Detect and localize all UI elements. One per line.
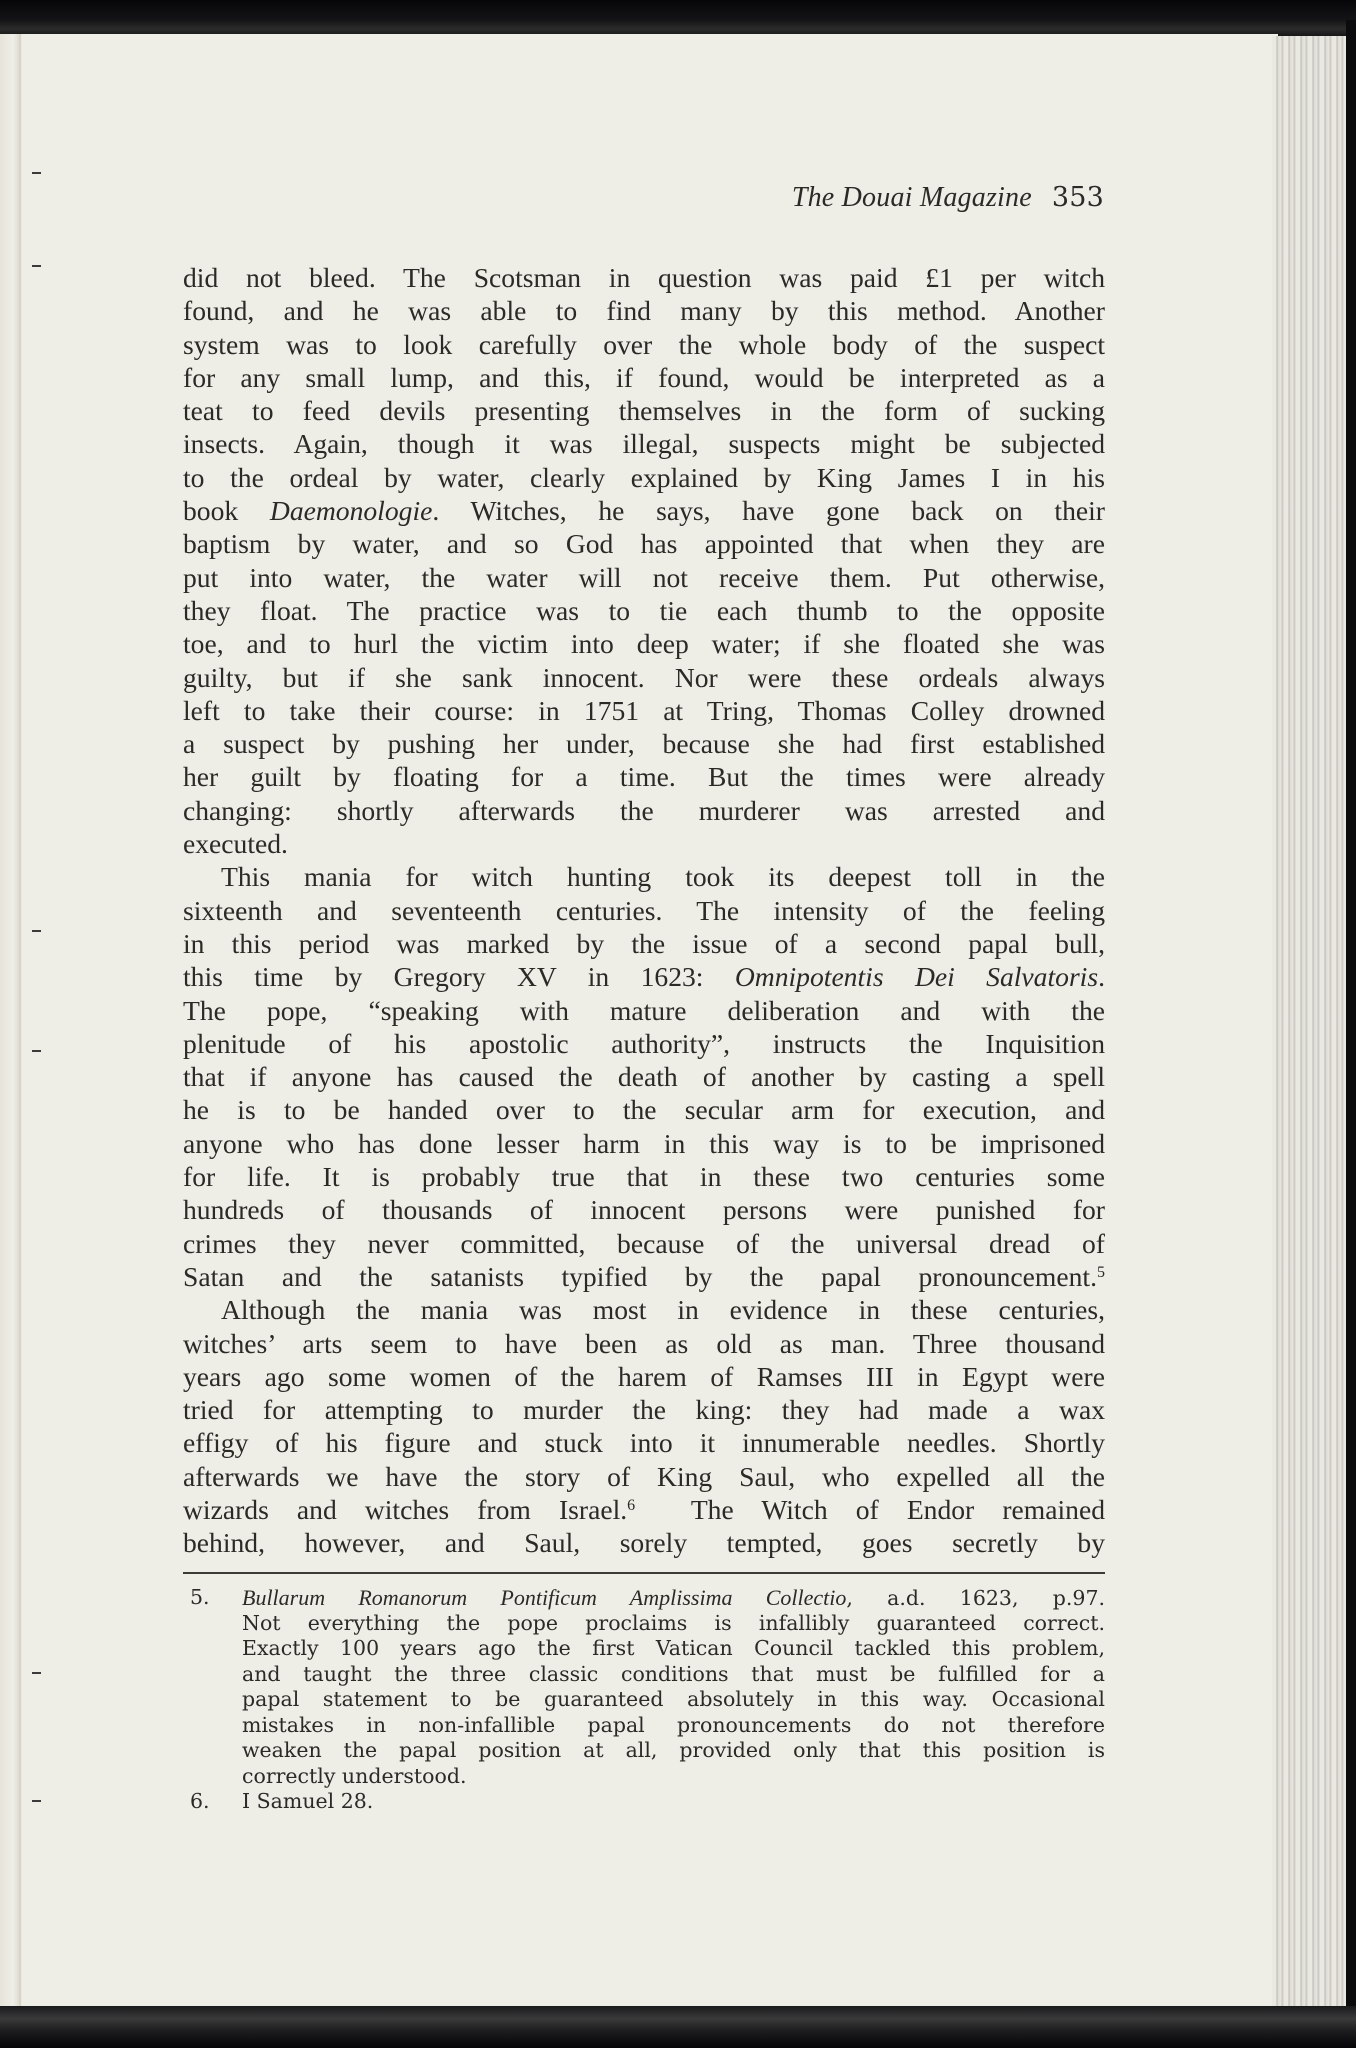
footnote-line: mistakes in non-infallible papal pronoun… (242, 1713, 1105, 1739)
scanner-top-edge (0, 0, 1356, 36)
footnote-line: correctly understood. (242, 1764, 1105, 1790)
footnote-separator-rule (183, 1572, 1105, 1574)
footnote-6: 6. I Samuel 28. (183, 1789, 1105, 1815)
footnotes: 5. Bullarum Romanorum Pontificum Ampliss… (183, 1585, 1105, 1815)
body-line: a suspect by pushing her under, because … (183, 727, 1105, 760)
body-line: sixteenth and seventeenth centuries. The… (183, 894, 1105, 927)
footnote-ref-5[interactable]: 5 (1097, 1264, 1105, 1281)
footnote-number: 5. (190, 1585, 210, 1611)
body-line: Satan and the satanists typified by the … (183, 1260, 1105, 1293)
citation-italic: Bullarum Romanorum Pontificum Amplissima… (242, 1585, 846, 1610)
body-line: insects. Again, though it was illegal, s… (183, 427, 1105, 460)
footnote-number: 6. (190, 1789, 210, 1815)
body-line: that if anyone has caused the death of a… (183, 1060, 1105, 1093)
footnote-line: Bullarum Romanorum Pontificum Amplissima… (242, 1585, 1105, 1611)
page-number: 353 (1052, 182, 1104, 213)
running-head: The Douai Magazine353 (792, 182, 1104, 214)
footnote-5: 5. Bullarum Romanorum Pontificum Ampliss… (183, 1585, 1105, 1789)
footnote-line: Not everything the pope proclaims is inf… (242, 1611, 1105, 1637)
body-line: crimes they never committed, because of … (183, 1227, 1105, 1260)
gutter-fold-line (19, 34, 21, 2008)
body-line: afterwards we have the story of King Sau… (183, 1460, 1105, 1493)
body-line: executed. (183, 827, 1105, 860)
footnote-line: Exactly 100 years ago the first Vatican … (242, 1636, 1105, 1662)
body-line: did not bleed. The Scotsman in question … (183, 261, 1105, 294)
scanner-bottom-edge (0, 2006, 1356, 2048)
body-line: behind, however, and Saul, sorely tempte… (183, 1526, 1105, 1559)
body-line: toe, and to hurl the victim into deep wa… (183, 627, 1105, 660)
footnote-line: papal statement to be guaranteed absolut… (242, 1687, 1105, 1713)
body-line: book Daemonologie. Witches, he says, hav… (183, 494, 1105, 527)
body-line: system was to look carefully over the wh… (183, 328, 1105, 361)
body-line: to the ordeal by water, clearly explaine… (183, 461, 1105, 494)
body-line: put into water, the water will not recei… (183, 561, 1105, 594)
body-line: changing: shortly afterwards the murdere… (183, 794, 1105, 827)
book-title-italic: Daemonologie (270, 495, 432, 526)
margin-tick-mark (32, 172, 41, 174)
footnote-line: I Samuel 28. (242, 1789, 1105, 1815)
paragraph-start-line: Although the mania was most in evidence … (183, 1293, 1105, 1326)
body-line: anyone who has done lesser harm in this … (183, 1127, 1105, 1160)
body-line: baptism by water, and so God has appoint… (183, 527, 1105, 560)
margin-tick-mark (32, 265, 41, 267)
body-line: The pope, “speaking with mature delibera… (183, 994, 1105, 1027)
body-line: tried for attempting to murder the king:… (183, 1393, 1105, 1426)
bull-title-italic: Omnipotentis Dei Salvatoris (735, 961, 1098, 992)
body-line: for any small lump, and this, if found, … (183, 361, 1105, 394)
footnote-ref-6[interactable]: 6 (627, 1497, 635, 1514)
body-line: for life. It is probably true that in th… (183, 1160, 1105, 1193)
footnote-line: weaken the papal position at all, provid… (242, 1738, 1105, 1764)
body-line: plenitude of his apostolic authority”, i… (183, 1027, 1105, 1060)
margin-tick-mark (32, 1050, 41, 1052)
body-text: did not bleed. The Scotsman in question … (183, 261, 1105, 1560)
body-line: her guilt by floating for a time. But th… (183, 760, 1105, 793)
body-line: witches’ arts seem to have been as old a… (183, 1327, 1105, 1360)
body-line: found, and he was able to find many by t… (183, 294, 1105, 327)
body-line: in this period was marked by the issue o… (183, 927, 1105, 960)
body-line: wizards and witches from Israel.6 The Wi… (183, 1493, 1105, 1526)
scanner-right-edge (1346, 20, 1356, 2030)
body-line: guilty, but if she sank innocent. Nor we… (183, 661, 1105, 694)
margin-tick-mark (32, 930, 41, 932)
paragraph-start-line: This mania for witch hunting took its de… (183, 860, 1105, 893)
body-line: he is to be handed over to the secular a… (183, 1093, 1105, 1126)
magazine-title: The Douai Magazine (792, 182, 1032, 213)
body-line: years ago some women of the harem of Ram… (183, 1360, 1105, 1393)
body-line: they float. The practice was to tie each… (183, 594, 1105, 627)
footnote-line: and taught the three classic conditions … (242, 1662, 1105, 1688)
margin-tick-mark (32, 1672, 41, 1674)
margin-tick-mark (32, 1800, 41, 1802)
body-line: left to take their course: in 1751 at Tr… (183, 694, 1105, 727)
body-line: effigy of his figure and stuck into it i… (183, 1426, 1105, 1459)
body-line: teat to feed devils presenting themselve… (183, 394, 1105, 427)
page-stack-edges (1272, 36, 1346, 2008)
body-line: this time by Gregory XV in 1623: Omnipot… (183, 960, 1105, 993)
body-line: hundreds of thousands of innocent person… (183, 1193, 1105, 1226)
